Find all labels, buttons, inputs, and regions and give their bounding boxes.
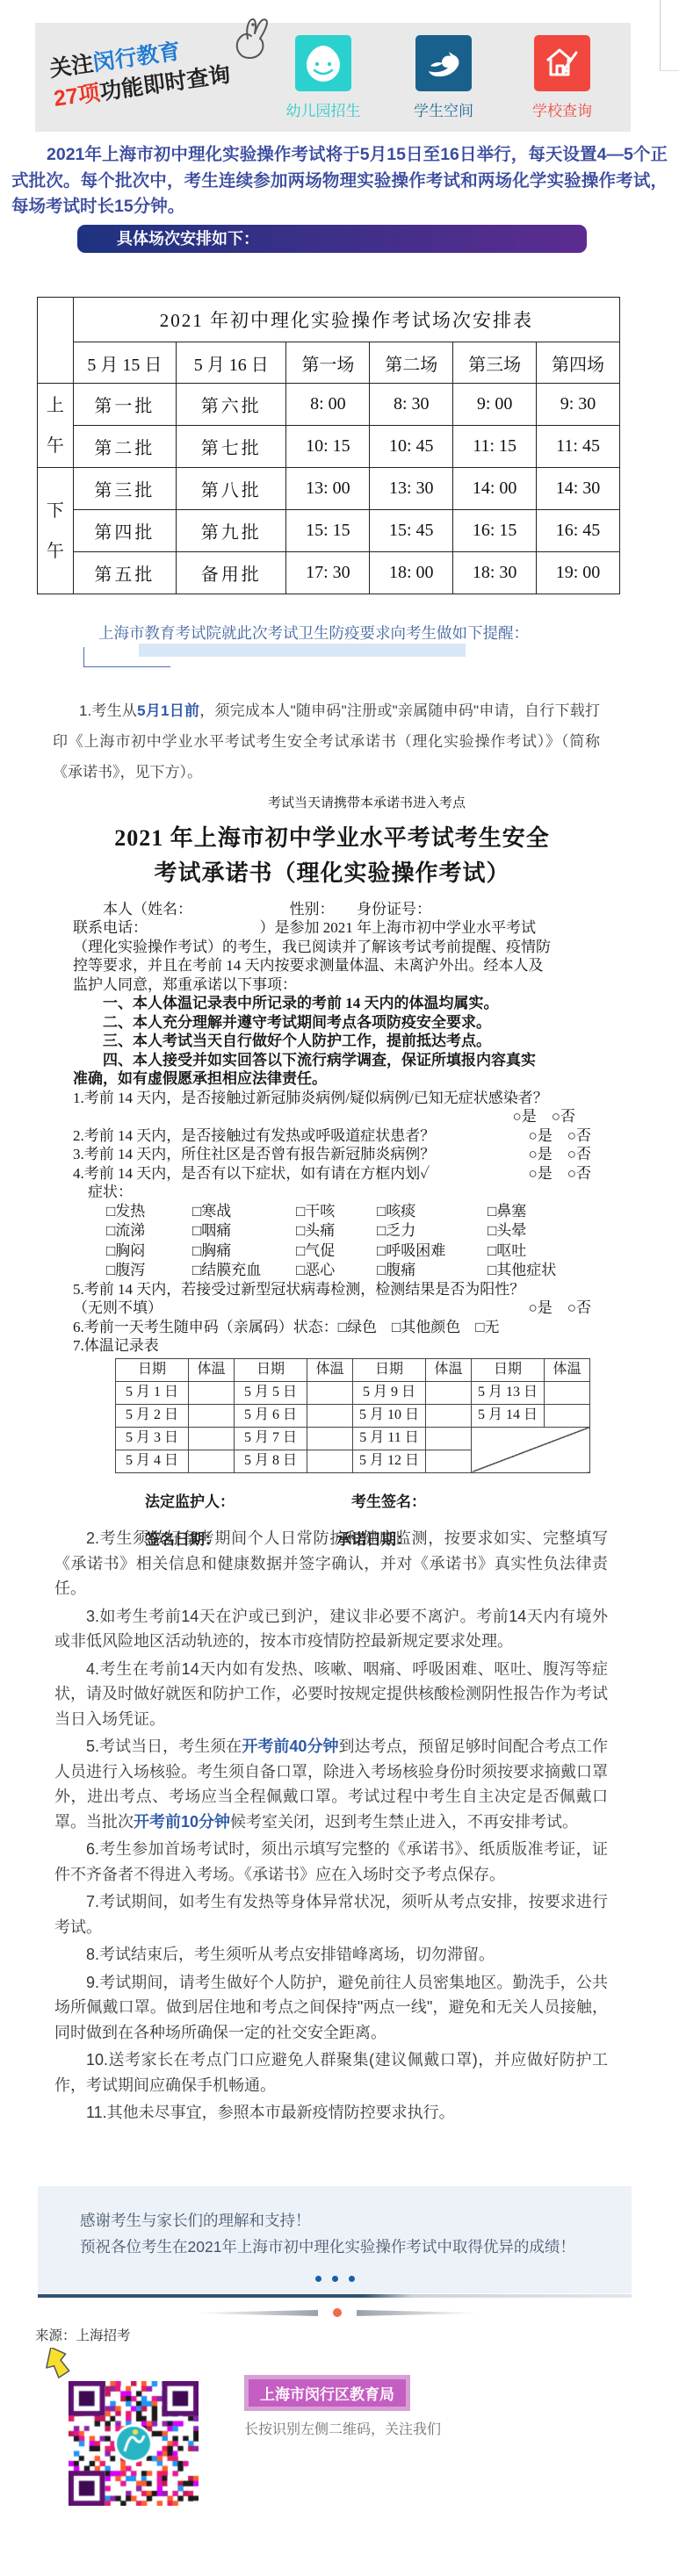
pager-dots (38, 2263, 632, 2290)
qr-caption: 长按识别左侧二维码，关注我们 (244, 2418, 441, 2438)
schedule-header-row: 5 月 15 日 5 月 16 日 第一场 第二场 第三场 第四场 (38, 342, 620, 384)
shortcut-school-query[interactable]: 学校查询 (523, 35, 602, 120)
symptom-checkbox: □结膜充血 (192, 1261, 296, 1280)
header-may15: 5 月 15 日 (73, 342, 176, 384)
notice-2: 2.考生须做好备考期间个人日常防护和健康监测，按要求如实、完整填写《承诺书》相关… (54, 1526, 608, 1601)
yellow-arrow-icon (44, 2348, 76, 2381)
notice-4: 4.考生在考前14天内如有发热、咳嗽、咽痛、呼吸困难、呕吐、腹泻等症状，请及时做… (54, 1657, 608, 1732)
symptom-checkbox: □腹痛 (377, 1261, 488, 1280)
shortcut-student-space[interactable]: 学生空间 (404, 35, 483, 120)
question-7: 7.体温记录表 (73, 1336, 591, 1356)
thanks-box: 感谢考生与家长们的理解和支持！ 预祝各位考生在2021年上海市初中理化实验操作考… (38, 2186, 632, 2293)
question-2: 2.考前 14 天内，是否接触过有发热或呼吸道症状患者？ ○是 ○否 (73, 1126, 591, 1146)
symptom-checkbox: □呼吸困难 (377, 1241, 488, 1261)
symptom-checkbox: □头晕 (488, 1221, 591, 1241)
temp-row: 5 月 1 日 5 月 5 日 5 月 9 日 5 月 13 日 (116, 1381, 590, 1404)
symptom-checkbox: □咳痰 (377, 1202, 488, 1221)
slogan-prefix: 关注 (48, 51, 95, 82)
school-query-house-icon (534, 35, 590, 91)
symptom-checkbox: □恶心 (296, 1261, 377, 1280)
yes-no-options: ○是 ○否 (528, 1299, 591, 1318)
pledge-item: 三、本人考试当天自行做好个人防护工作，提前抵达考点。 (73, 1032, 591, 1051)
shortcut-student-space-label: 学生空间 (404, 98, 483, 120)
pledge-intro-line: 控等要求，并且在考前 14 天内按要求测量体温、未离沪外出。经本人及 (73, 956, 591, 975)
divider-dot (333, 2308, 342, 2317)
pledge-intro-line: 本人（姓名： 性别： 身份证号： (73, 900, 591, 919)
symptom-checkbox: □发热 (106, 1202, 192, 1221)
source-line: 来源：上海招考 (35, 2325, 131, 2344)
thanks-line2: 预祝各位考生在2021年上海市初中理化实验操作考试中取得优异的成绩！ (80, 2234, 632, 2260)
notice-list: 2.考生须做好备考期间个人日常防护和健康监测，按要求如实、完整填写《承诺书》相关… (54, 1526, 608, 2128)
promo-slogan: 关注闵行教育 27项功能即时查询 (47, 30, 232, 114)
symptom-checkbox: □腹泻 (106, 1261, 192, 1280)
notice-5: 5.考试当日，考生须在开考前40分钟到达考点，预留足够时间配合考点工作人员进行入… (54, 1734, 608, 1834)
pledge-item: 四、本人接受并如实回答以下流行病学调查，保证所填报内容真实 (73, 1051, 591, 1070)
symptom-checkbox: □鼻塞 (488, 1202, 591, 1221)
notice-3: 3.如考生考前14天在沪或已到沪，建议非必要不离沪。考前14天内有境外或非低风险… (54, 1604, 608, 1654)
student-space-bird-icon (415, 35, 472, 91)
date-highlight: 5月1日前 (137, 702, 199, 719)
schedule-corner-cell (38, 298, 74, 384)
question-3: 3.考前 14 天内，所住社区是否曾有报告新冠肺炎病例？ ○是 ○否 (73, 1145, 591, 1164)
header-session4: 第四场 (537, 342, 620, 384)
pledge-intro-line: （理化实验操作考试）的考生，我已阅读并了解该考试考前提醒、疫情防 (73, 938, 591, 957)
temp-row: 5 月 3 日 5 月 7 日 5 月 11 日 (116, 1427, 590, 1450)
scan-header-note: 考试当天请携带本承诺书进入考点 (268, 795, 591, 814)
notice-1: 1.考生从5月1日前，须完成本人"随申码"注册或"亲属随申码"申请，自行下载打印… (53, 695, 600, 788)
notice-8: 8.考试结束后，考生须听从考点安排错峰离场，切勿滞留。 (54, 1942, 608, 1968)
signature-row-1: 法定监护人： 考生签名： (73, 1493, 591, 1512)
question-4: 4.考前 14 天内，是否有以下症状，如有请在方框内划✓ ○是 ○否 (73, 1164, 591, 1184)
question-1-answer: ○是 ○否 (73, 1107, 591, 1126)
notice-11: 11.其他未尽事宜，参照本市最新疫情防控要求执行。 (54, 2100, 608, 2126)
schedule-table: 2021 年初中理化实验操作考试场次安排表 5 月 15 日 5 月 16 日 … (37, 297, 620, 594)
yes-no-options: ○是 ○否 (528, 1145, 591, 1164)
symptom-checkbox: □咽痛 (192, 1221, 296, 1241)
symptom-checkbox: □头痛 (296, 1221, 377, 1241)
slogan-number: 27项 (52, 81, 101, 112)
shortcut-kindergarten-label: 幼儿园招生 (284, 98, 363, 120)
header-session1: 第一场 (286, 342, 370, 384)
table-row: 上午 第一批 第六批 8: 00 8: 30 9: 00 9: 30 (38, 384, 620, 426)
symptoms-label: 症状： (73, 1183, 591, 1202)
time-highlight-10min: 开考前10分钟 (134, 1813, 230, 1831)
header-may16: 5 月 16 日 (177, 342, 286, 384)
temp-table-empty-diagonal (472, 1427, 590, 1472)
promo-banner: 关注闵行教育 27项功能即时查询 幼儿园招生 (35, 23, 631, 132)
symptom-checkbox: □乏力 (377, 1221, 488, 1241)
symptom-checkbox: □胸闷 (106, 1241, 192, 1261)
symptom-checkbox: □流涕 (106, 1221, 192, 1241)
guardian-signature-label: 法定监护人： (145, 1493, 235, 1512)
symptom-checkbox: □干咳 (296, 1202, 377, 1221)
symptom-checkbox: □气促 (296, 1241, 377, 1261)
divider-right-line (357, 2310, 480, 2316)
temp-header-row: 日期 体温 日期 体温 日期 体温 日期 体温 (116, 1358, 590, 1381)
pledge-item: 一、本人体温记录表中所记录的考前 14 天内的体温均属实。 (73, 994, 591, 1013)
table-row: 第五批 备用批 17: 30 18: 00 18: 30 19: 00 (38, 552, 620, 594)
shortcut-kindergarten[interactable]: 幼儿园招生 (284, 35, 363, 120)
shortcut-school-query-label: 学校查询 (523, 98, 602, 120)
symptom-checkbox: □其他症状 (488, 1261, 591, 1280)
table-row: 下午 第三批 第八批 13: 00 13: 30 14: 00 14: 30 (38, 468, 620, 510)
qr-code[interactable] (69, 2381, 199, 2506)
symptom-checkbox: □呕吐 (488, 1241, 591, 1261)
reminder-text: 上海市教育考试院就此次考试卫生防疫要求向考生做如下提醒： (98, 622, 529, 644)
thanks-line1: 感谢考生与家长们的理解和支持！ (80, 2207, 632, 2234)
notice-7: 7.考试期间，如考生有发热等身体异常状况，须听从考点安排，按要求进行考试。 (54, 1889, 608, 1939)
pledge-document-scan: 考试当天请携带本承诺书进入考点 2021 年上海市初中学业水平考试考生安全 考试… (73, 795, 591, 1550)
question-1: 1.考前 14 天内，是否接触过新冠肺炎病例/疑似病例/已知无症状感染者？ (73, 1089, 591, 1108)
notice-10: 10.送考家长在考点门口应避免人群聚集(建议佩戴口罩)，并应做好防护工作，考试期… (54, 2047, 608, 2097)
pledge-title-line1: 2021 年上海市初中学业水平考试考生安全 (73, 821, 591, 856)
notice-9: 9.考试期间，请考生做好个人防护，避免前往人员密集地区。勤洗手，公共场所佩戴口罩… (54, 1970, 608, 2046)
symptom-checkbox: □胸痛 (192, 1241, 296, 1261)
pledge-item: 二、本人充分理解并遵守考试期间考点各项防疫安全要求。 (73, 1013, 591, 1033)
question-6: 6.考前一天考生随申码（亲属码）状态：□绿色 □其他颜色 □无 (73, 1318, 591, 1337)
victory-hand-icon (227, 12, 272, 61)
pledge-intro-line: 联系电话： ）是参加 2021 年上海市初中学业水平考试 (73, 918, 591, 938)
section-banner: 具体场次安排如下： (77, 225, 587, 253)
table-row: 第四批 第九批 15: 15 15: 45 16: 15 16: 45 (38, 510, 620, 552)
section-bottom-border (38, 2294, 632, 2298)
intro-paragraph: 2021年上海市初中理化实验操作考试将于5月15日至16日举行，每天设置4—5个… (11, 142, 668, 220)
question-5-note: （无则不填） ○是 ○否 (73, 1299, 591, 1318)
temperature-table: 日期 体温 日期 体温 日期 体温 日期 体温 5 月 1 日 5 月 5 日 … (115, 1358, 590, 1473)
candidate-signature-label: 考生签名： (351, 1493, 426, 1512)
schedule-table-title: 2021 年初中理化实验操作考试场次安排表 (73, 298, 619, 342)
notice-6: 6.考生参加首场考试时，须出示填写完整的《承诺书》、纸质版准考证，证件不齐备者不… (54, 1837, 608, 1887)
temp-row: 5 月 2 日 5 月 6 日 5 月 10 日 5 月 14 日 (116, 1404, 590, 1427)
symptom-checkbox: □寒战 (192, 1202, 296, 1221)
header-session2: 第二场 (370, 342, 453, 384)
time-highlight-40min: 开考前40分钟 (242, 1738, 338, 1755)
question-5: 5.考前 14 天内，若接受过新型冠状病毒检测，检测结果是否为阳性？ (73, 1280, 591, 1299)
table-row: 第二批 第七批 10: 15 10: 45 11: 15 11: 45 (38, 426, 620, 468)
pledge-title-line2: 考试承诺书（理化实验操作考试） (73, 856, 591, 891)
pledge-intro-line: 监护人同意，郑重承诺以下事项： (73, 975, 591, 995)
divider-left-line (195, 2310, 318, 2316)
pledge-item: 准确，如有虚假愿承担相应法律责任。 (73, 1069, 591, 1089)
reminder-highlight (139, 644, 466, 657)
kindergarten-icon (295, 35, 351, 91)
account-badge[interactable]: 上海市闵行区教育局 (244, 2375, 410, 2411)
yes-no-options: ○是 ○否 (528, 1126, 591, 1146)
yes-no-options: ○是 ○否 (528, 1164, 591, 1184)
period-am: 上午 (38, 384, 74, 468)
symptom-checkbox-grid: □发热 □寒战 □干咳 □咳痰 □鼻塞 □流涕 □咽痛 □头痛 □乏力 □头晕 … (106, 1202, 591, 1280)
page-edge-artifact (660, 0, 679, 71)
period-pm: 下午 (38, 468, 74, 594)
header-session3: 第三场 (453, 342, 537, 384)
